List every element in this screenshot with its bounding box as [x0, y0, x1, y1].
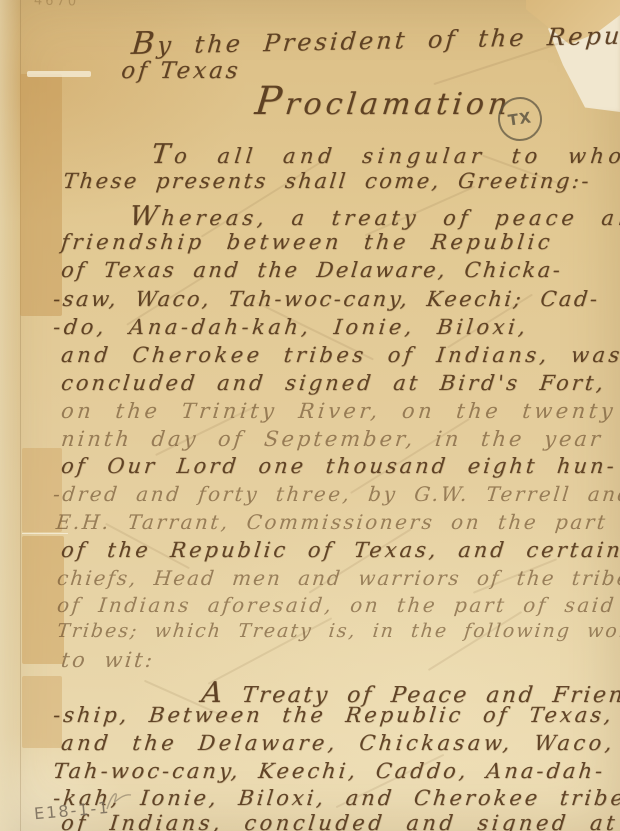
- manuscript-line: Tah-woc-cany, Keechi, Caddo, Ana-dah-: [52, 759, 606, 783]
- manuscript-line: Tribes; which Treaty is, in the followin…: [56, 620, 620, 642]
- tx-stamp-label: TX: [507, 108, 533, 129]
- manuscript-line: -ship, Between the Republic of Texas,: [52, 703, 615, 727]
- manuscript-line: of Indians, concluded and signed at: [60, 811, 619, 831]
- manuscript-line: These presents shall come, Greeting:-: [62, 169, 592, 193]
- manuscript-line: concluded and signed at Bird's Fort,: [60, 371, 607, 395]
- archival-number-top-left: 4670: [34, 0, 79, 10]
- manuscript-line: of Our Lord one thousand eight hun-: [60, 454, 618, 478]
- manuscript-line: -kah, Ionie, Biloxi, and Cherokee tribes: [52, 786, 620, 810]
- manuscript-line: E.H. Tarrant, Commissioners on the part: [55, 510, 609, 534]
- manuscript-line: -saw, Waco, Tah-woc-cany, Keechi; Cad-: [52, 287, 601, 311]
- manuscript-line: to wit:: [60, 648, 156, 672]
- manuscript-line: -dred and forty three, by G.W. Terrell a…: [52, 482, 620, 506]
- paper-left-edge: [0, 0, 20, 831]
- manuscript-line: chiefs, Head men and warriors of the tri…: [56, 566, 620, 590]
- pencil-squiggle: [104, 788, 134, 812]
- manuscript-line: and the Delaware, Chickasaw, Waco,: [60, 731, 616, 755]
- tape-edge-highlight: [27, 71, 91, 77]
- manuscript-line: ninth day of September, in the year: [60, 427, 604, 451]
- manuscript-line: Whereas, a treaty of peace and: [128, 201, 620, 232]
- header-line-1: By the President of the Republic: [130, 15, 620, 62]
- tape-strip: [20, 74, 62, 316]
- manuscript-line: of the Republic of Texas, and certain: [60, 538, 620, 562]
- header-line-2: of Texas: [120, 58, 242, 84]
- manuscript-line: friendship between the Republic: [60, 230, 554, 254]
- page-title: Proclamation: [253, 79, 514, 124]
- manuscript-line: on the Trinity River, on the twenty: [60, 399, 617, 423]
- document-scan: By the President of the Republic of Texa…: [0, 0, 620, 831]
- manuscript-line: To all and singular to whom: [150, 139, 620, 170]
- manuscript-line: and Cherokee tribes of Indians, was: [60, 343, 620, 367]
- manuscript-line: of Texas and the Delaware, Chicka-: [60, 258, 564, 282]
- manuscript-line: -do, Ana-dah-kah, Ionie, Biloxi,: [52, 315, 530, 339]
- manuscript-line: of Indians aforesaid, on the part of sai…: [56, 593, 617, 617]
